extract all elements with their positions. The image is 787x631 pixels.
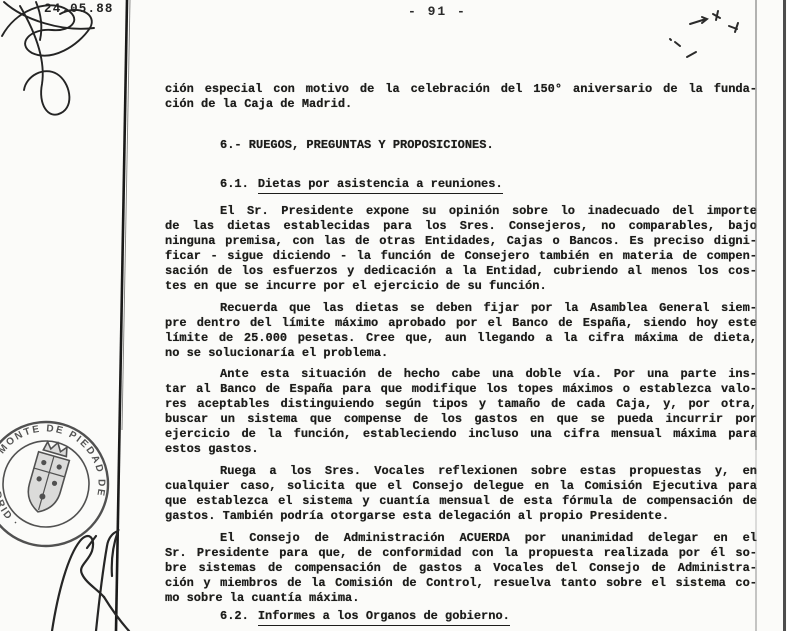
left-fold-line (116, 0, 130, 631)
subsection-number: 6.2. (220, 609, 249, 623)
seal-arc-bottom-text: · DRID · (0, 479, 30, 531)
text-line: ción y miembros de la Comisión de Contro… (165, 576, 757, 591)
right-edge-line (756, 0, 785, 631)
text-line: El Sr. Presidente expone su opinión sobr… (165, 204, 757, 219)
text-line: El Consejo de Administración ACUERDA por… (165, 531, 757, 546)
text-line: gastos. También podría otorgarse esta de… (165, 509, 757, 524)
text-line: Ruega a los Sres. Vocales reflexionen so… (165, 464, 757, 479)
paragraph: Recuerda que las dietas se deben fijar p… (165, 301, 757, 361)
text-line: ficar - sigue diciendo - la función de C… (165, 249, 757, 264)
monte-de-piedad-seal: A MONTE DE PIEDAD DE · DRID · (0, 407, 123, 560)
text-line: no se solucionaría el problema. (165, 346, 757, 361)
text-line: buscar un sistema que compense de los ga… (165, 412, 757, 427)
subsection-number: 6.1. (220, 177, 249, 191)
text-line: estos gastos. (165, 442, 757, 457)
text-line: bre sistemas de compensación de gastos a… (165, 561, 757, 576)
text-line: Ante esta situación de hecho cabe una do… (165, 367, 757, 382)
paragraph: El Consejo de Administración ACUERDA por… (165, 531, 757, 606)
seal-coat-of-arms (23, 438, 74, 516)
text-line: ninguna premisa, con las de otras Entida… (165, 234, 757, 249)
subsection-title: Dietas por asistencia a reuniones. (258, 177, 503, 194)
text-line: de las dietas establecidas para los Sres… (165, 219, 757, 234)
subsection-title: Informes a los Organos de gobierno. (258, 609, 510, 626)
section-heading: 6.- RUEGOS, PREGUNTAS Y PROPOSICIONES. (165, 138, 757, 153)
text-line: ción de la Caja de Madrid. (165, 97, 757, 112)
document-body: ción especial con motivo de la celebraci… (165, 82, 757, 624)
seal-arc-top-text: A MONTE DE PIEDAD DE (0, 409, 121, 499)
text-line: res aceptables distinguiendo según tipos… (165, 397, 757, 412)
text-line: sación de los esfuerzos y dedicación a l… (165, 264, 757, 279)
paragraph: Ante esta situación de hecho cabe una do… (165, 367, 757, 457)
scanned-document-page: 24.05.88 - 91 - ción especial con motivo… (0, 0, 787, 631)
subsection-heading: 6.2.Informes a los Organos de gobierno. (165, 609, 757, 624)
text-line: que establezca el sistema y cuantía mens… (165, 494, 757, 509)
date-stamp: 24.05.88 (44, 2, 114, 16)
page-number: - 91 - (408, 4, 467, 19)
text-line: Recuerda que las dietas se deben fijar p… (165, 301, 757, 316)
text-line: ejercicio de la función, estableciendo i… (165, 427, 757, 442)
paragraph: ción especial con motivo de la celebraci… (165, 82, 757, 112)
subsection-heading: 6.1.Dietas por asistencia a reuniones. (165, 177, 757, 192)
text-line: ción especial con motivo de la celebraci… (165, 82, 757, 97)
text-line: tar al Banco de España para que modifiqu… (165, 382, 757, 397)
pen-marks-top-right (670, 11, 738, 57)
text-line: Sr. Presidente para que, de conformidad … (165, 546, 757, 561)
paragraph: El Sr. Presidente expone su opinión sobr… (165, 204, 757, 294)
text-line: pre dentro del límite máximo aprobado po… (165, 316, 757, 331)
svg-text:· DRID ·: · DRID · (0, 479, 30, 531)
svg-text:A MONTE DE PIEDAD DE: A MONTE DE PIEDAD DE (0, 409, 121, 499)
signature-flourish (52, 531, 129, 631)
text-line: mo sobre la cuantía máxima. (165, 591, 757, 606)
text-line: tes en que se incurre por el ejercicio d… (165, 279, 757, 294)
text-line: cualquier caso, solicita que el Consejo … (165, 479, 757, 494)
text-line: límite de 25.000 pesetas. Cree que, aun … (165, 331, 757, 346)
paragraph: Ruega a los Sres. Vocales reflexionen so… (165, 464, 757, 524)
pen-scribble-top-left (2, 2, 94, 115)
